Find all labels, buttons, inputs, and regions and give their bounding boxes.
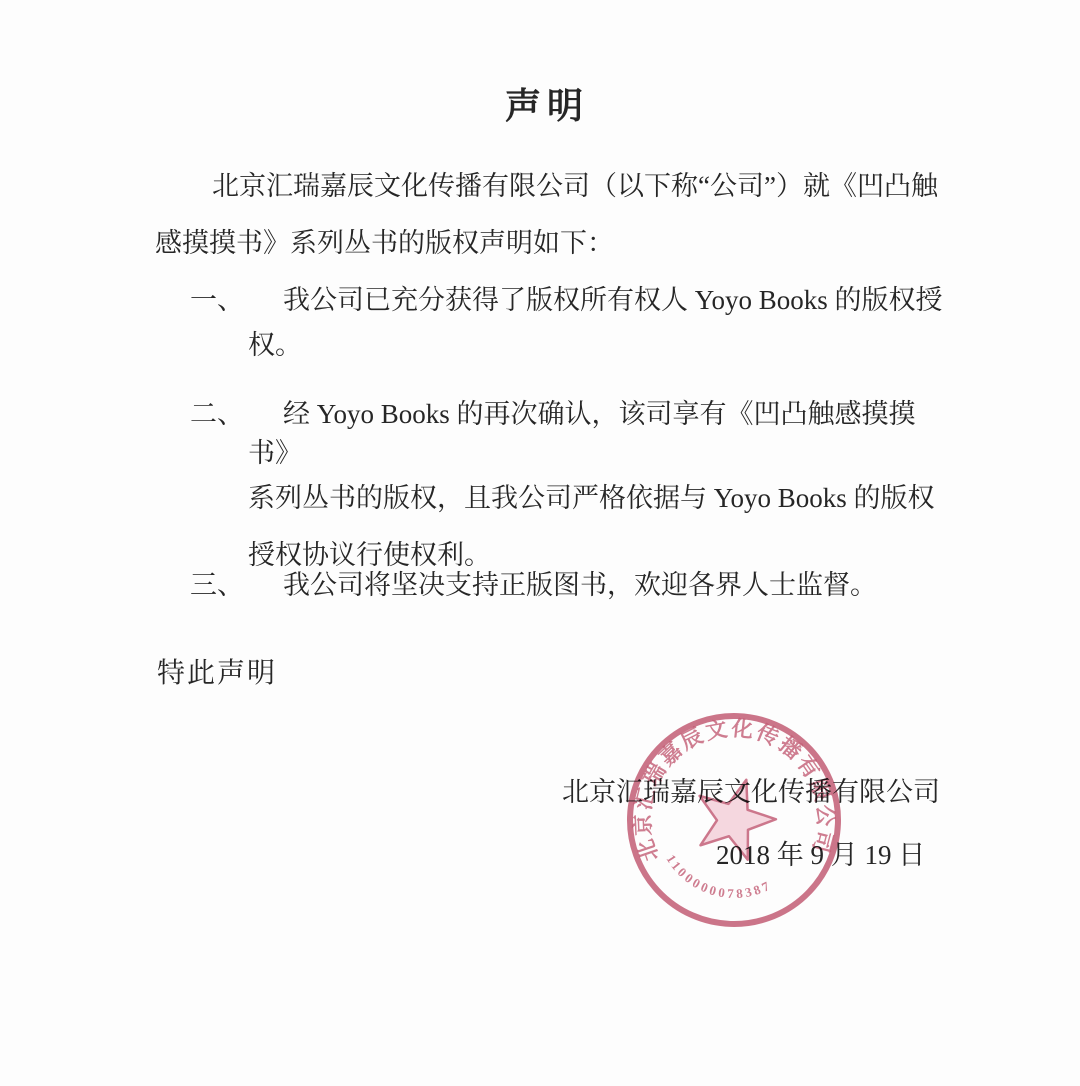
seal-serial-number: 1100000078387 xyxy=(662,851,776,902)
company-seal-stamp: 北京汇瑞嘉辰文化传播有限公司 1100000078387 xyxy=(612,696,856,944)
list-item-line: 权。 xyxy=(248,317,950,374)
seal-ring-text: 北京汇瑞嘉辰文化传播有限公司 xyxy=(628,713,841,872)
closing-statement: 特此声明 xyxy=(157,645,277,702)
declaration-document: 声明 北京汇瑞嘉辰文化传播有限公司（以下称“公司”）就《凹凸触 感摸摸书》系列丛… xyxy=(0,0,1080,1086)
list-item-2: 二、经 Yoyo Books 的再次确认，该司享有《凹凸触感摸摸书》 系列丛书的… xyxy=(190,392,950,584)
list-item-3: 三、我公司将坚决支持正版图书，欢迎各界人士监督。 xyxy=(190,563,950,602)
list-item-line: 我公司已充分获得了版权所有权人 Yoyo Books 的版权授 xyxy=(283,285,943,315)
document-title: 声明 xyxy=(0,78,1080,129)
intro-line: 北京汇瑞嘉辰文化传播有限公司（以下称“公司”）就《凹凸触 xyxy=(155,158,945,215)
list-item-line: 经 Yoyo Books 的再次确认，该司享有《凹凸触感摸摸书》 xyxy=(248,399,916,468)
intro-line: 感摸摸书》系列丛书的版权声明如下： xyxy=(155,215,945,272)
svg-text:北京汇瑞嘉辰文化传播有限公司: 北京汇瑞嘉辰文化传播有限公司 xyxy=(628,713,841,872)
list-item-number: 三、 xyxy=(190,563,283,602)
intro-paragraph: 北京汇瑞嘉辰文化传播有限公司（以下称“公司”）就《凹凸触 感摸摸书》系列丛书的版… xyxy=(155,158,945,272)
list-item-line: 我公司将坚决支持正版图书，欢迎各界人士监督。 xyxy=(283,570,877,600)
list-item-number: 二、 xyxy=(190,392,283,431)
list-item-line: 系列丛书的版权，且我公司严格依据与 Yoyo Books 的版权 xyxy=(248,470,950,527)
svg-text:1100000078387: 1100000078387 xyxy=(662,851,776,902)
star-icon xyxy=(697,778,777,860)
list-item-number: 一、 xyxy=(190,278,283,317)
list-item-1: 一、我公司已充分获得了版权所有权人 Yoyo Books 的版权授 权。 xyxy=(190,278,950,374)
